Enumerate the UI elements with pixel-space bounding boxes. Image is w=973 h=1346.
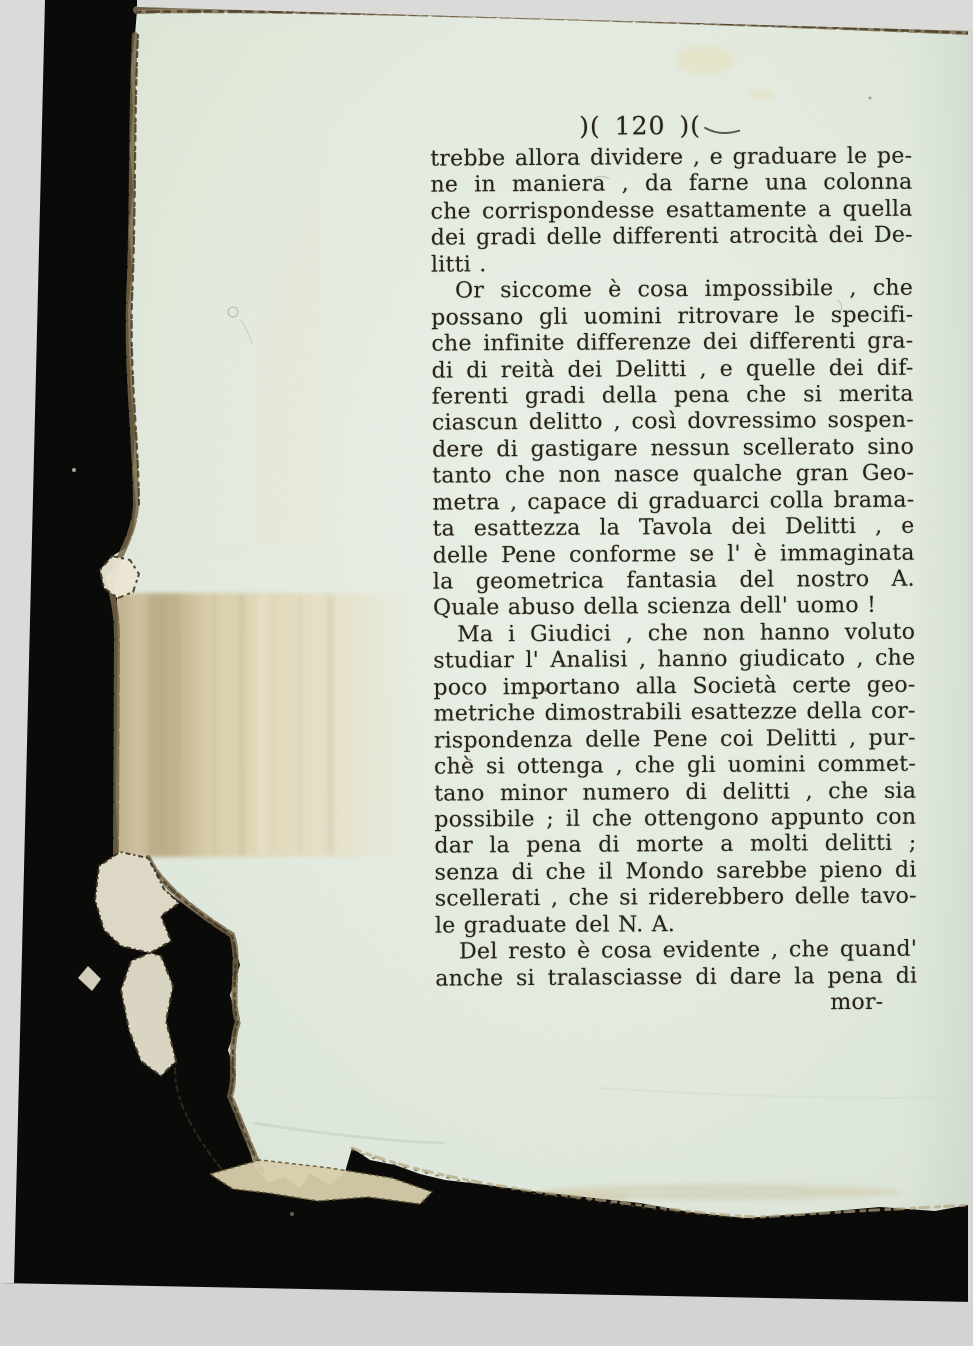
text-line: di di reità dei Delitti , e quelle dei d… [432, 355, 914, 384]
text-line: Del resto è cosa evidente , che quand' [435, 937, 917, 966]
text-line: ferenti gradi della pena che si merita [432, 382, 914, 411]
text-line: scellerati , che si riderebbero delle ta… [435, 884, 917, 913]
page-header: )(120)( [408, 110, 912, 147]
text-line: tanto che non nasce qualche gran Geo- [432, 461, 914, 490]
header-ornament-right: )( [679, 111, 701, 140]
text-line: studiar l' Analisi , hanno giudicato , c… [433, 646, 915, 675]
text-line: trebbe allora dividere , e graduare le p… [430, 144, 912, 173]
text-line: metriche dimostrabili esattezze della co… [434, 699, 916, 728]
text-line: ciascun delitto , così dovressimo sospen… [432, 408, 914, 437]
text-line: Or siccome è cosa impossibile , che [431, 276, 913, 305]
catchword: mor- [435, 990, 917, 1019]
left-cream-tint [140, 25, 330, 555]
text-line: metra , capace di graduarci colla brama- [432, 487, 914, 516]
text-line: dei gradi delle differenti atrocità dei … [431, 223, 913, 252]
book-page-scan: )(120)( trebbe allora dividere , e gradu… [0, 0, 973, 1346]
text-line: senza di che il Mondo sarebbe pieno di [435, 857, 917, 886]
text-line: dar la pena di morte a molti delitti ; [434, 831, 916, 860]
smear-band [116, 593, 446, 857]
text-line: delle Pene conforme se l' è immaginata [433, 540, 915, 569]
text-line: possano gli uomini ritrovare le specifi- [431, 302, 913, 331]
text-line: poco importano alla Società certe geo- [433, 672, 915, 701]
text-line: possibile ; il che ottengono appunto con [434, 805, 916, 834]
text-line: le graduate del N. A. [435, 910, 917, 939]
body-text: trebbe allora dividere , e graduare le p… [430, 144, 917, 993]
text-line: ta esattezza la Tavola dei Delitti , e [432, 514, 914, 543]
header-flourish [703, 123, 741, 135]
border-right [968, 31, 973, 1302]
text-line: anche si tralasciasse di dare la pena di [435, 963, 917, 992]
text-line: che corrispondesse esattamente a quella [431, 197, 913, 226]
page-number: 120 [615, 111, 666, 140]
text-line: ne in maniera , da farne una colonna [430, 170, 912, 199]
text-line: chè si ottenga , che gli uomini commet- [434, 752, 916, 781]
text-line: litti . [431, 249, 913, 278]
printed-text-block: )(120)( trebbe allora dividere , e gradu… [430, 110, 918, 1019]
text-line: Ma i Giudici , che non hanno voluto [433, 620, 915, 649]
text-line: che infinite differenze dei differenti g… [431, 329, 913, 358]
header-ornament-left: )( [579, 112, 601, 141]
text-line: Quale abuso della scienza dell' uomo ! [433, 593, 915, 622]
text-line: dere di gastigare nessun scellerato sino [432, 434, 914, 463]
text-line: rispondenza delle Pene coi Delitti , pur… [434, 725, 916, 754]
text-line: tano minor numero di delitti , che sia [434, 778, 916, 807]
text-line: la geometrica fantasia del nostro A. [433, 567, 915, 596]
